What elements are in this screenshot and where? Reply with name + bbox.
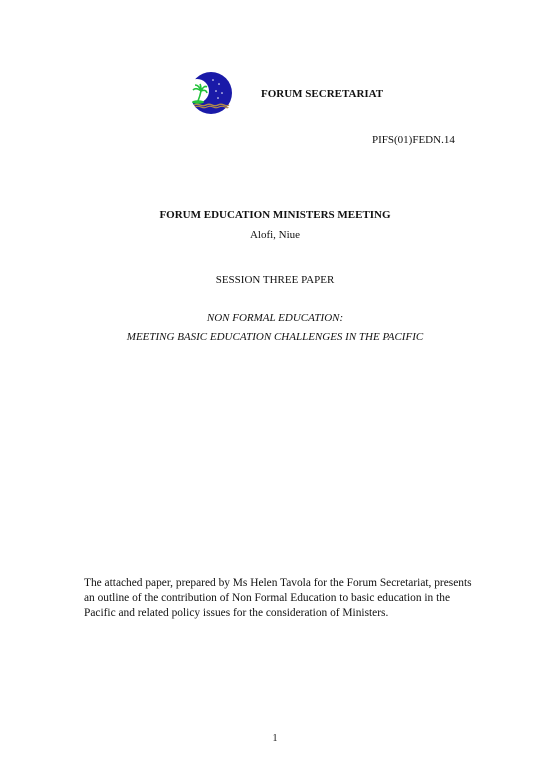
paper-title-line-1: NON FORMAL EDUCATION: [0, 312, 550, 324]
summary-paragraph: The attached paper, prepared by Ms Helen… [84, 576, 484, 621]
session-label: SESSION THREE PAPER [0, 274, 550, 286]
organization-name: FORUM SECRETARIAT [261, 88, 383, 100]
page-number: 1 [0, 733, 550, 744]
summary-line: Pacific and related policy issues for th… [84, 606, 484, 621]
meeting-title: FORUM EDUCATION MINISTERS MEETING [0, 209, 550, 221]
document-reference: PIFS(01)FEDN.14 [372, 134, 455, 146]
paper-title-line-2: MEETING BASIC EDUCATION CHALLENGES IN TH… [0, 331, 550, 343]
forum-secretariat-logo-icon [189, 71, 233, 115]
summary-line: an outline of the contribution of Non Fo… [84, 591, 484, 606]
meeting-venue: Alofi, Niue [0, 229, 550, 241]
summary-line: The attached paper, prepared by Ms Helen… [84, 576, 484, 591]
